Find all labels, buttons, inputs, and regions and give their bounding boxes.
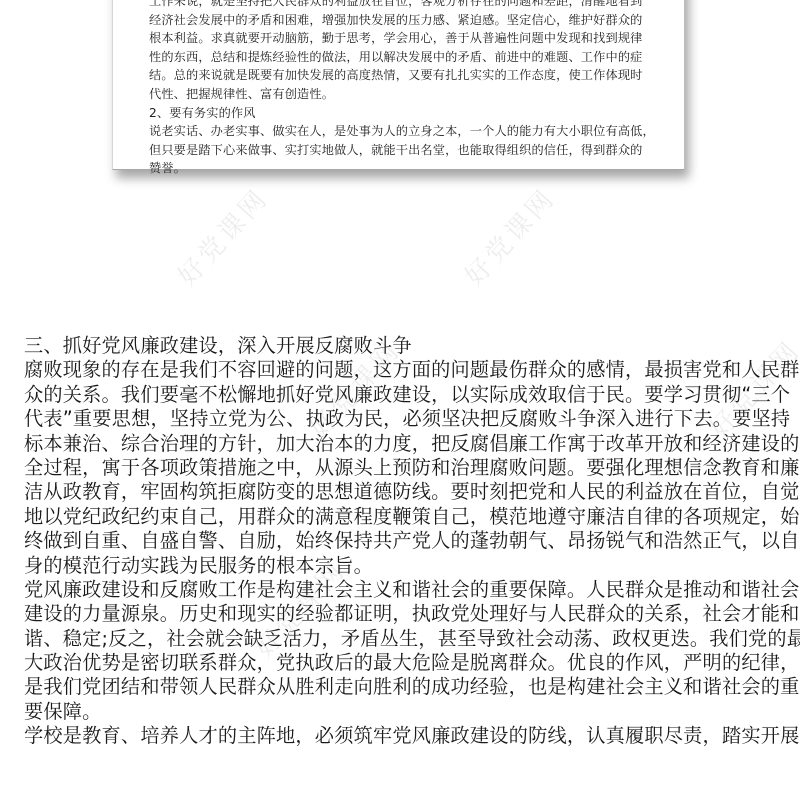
text-line: 身的模范行动实践为民服务的根本宗旨。 (24, 554, 784, 578)
text-line: 大政治优势是密切联系群众，党执政后的最大危险是脱离群众。优良的作风，严明的纪律， (24, 651, 784, 675)
text-line: 工作来说，就是坚持把人民群众的利益放在首位，客观分析存在的问题和差距，清醒地看到 (149, 0, 679, 11)
text-line: 标本兼治、综合治理的方针，加大治本的力度，把反腐倡廉工作寓于改革开放和经济建设的 (24, 432, 784, 456)
document-body: 三、抓好党风廉政建设，深入开展反腐败斗争 腐败现象的存在是我们不容回避的问题，这… (24, 334, 784, 749)
text-line: 代性、把握规律性、富有创造性。 (149, 85, 679, 104)
text-line: 赞誉。 (149, 159, 679, 178)
text-line: 终做到自重、自盛自警、自励，始终保持共产党人的蓬勃朝气、昂扬锐气和浩然正气，以自 (24, 529, 784, 553)
text-line: 根本利益。求真就要开动脑筋，勤于思考，学会用心，善于从普遍性问题中发现和找到规律 (149, 29, 679, 48)
page-preview-text: 工作来说，就是坚持把人民群众的利益放在首位，客观分析存在的问题和差距，清醒地看到… (149, 0, 679, 178)
watermark: 好党课网 (168, 179, 276, 293)
text-line: 众的关系。我们要毫不松懈地抓好党风廉政建设，以实际成效取信于民。要学习贯彻“三个 (24, 383, 784, 407)
text-line: 洁从政教育，牢固构筑拒腐防变的思想道德防线。要时刻把党和人民的利益放在首位，自觉 (24, 480, 784, 504)
document-page-preview: 工作来说，就是坚持把人民群众的利益放在首位，客观分析存在的问题和差距，清醒地看到… (112, 0, 685, 170)
text-line: 但只要是踏下心来做事、实打实地做人，就能干出名堂，也能取得组织的信任，得到群众的 (149, 141, 679, 160)
text-line: 腐败现象的存在是我们不容回避的问题，这方面的问题最伤群众的感情，最损害党和人民群 (24, 358, 784, 382)
text-line: 说老实话、办老实事、做实在人，是处事为人的立身之本，一个人的能力有大小职位有高低… (149, 122, 679, 141)
text-line: 全过程，寓于各项政策措施之中，从源头上预防和治理腐败问题。要强化理想信念教育和廉 (24, 456, 784, 480)
text-line: 是我们党团结和带领人民群众从胜利走向胜利的成功经验，也是构建社会主义和谐社会的重 (24, 675, 784, 699)
subheading: 2、要有务实的作风 (149, 104, 679, 123)
section-heading: 三、抓好党风廉政建设，深入开展反腐败斗争 (24, 334, 784, 358)
text-line: 地以党纪政纪约束自己，用群众的满意程度鞭策自己，模范地遵守廉洁自律的各项规定，始 (24, 505, 784, 529)
watermark: 好党课网 (455, 179, 563, 293)
text-line: 代表”重要思想，坚持立党为公、执政为民，必须坚决把反腐败斗争深入进行下去。要坚持 (24, 407, 784, 431)
text-line: 经济社会发展中的矛盾和困难，增强加快发展的压力感、紧迫感。坚定信心，维护好群众的 (149, 11, 679, 30)
text-line: 谐、稳定;反之，社会就会缺乏活力，矛盾丛生，甚至导致社会动荡、政权更迭。我们党的… (24, 627, 784, 651)
text-line: 结。总的来说就是既要有加快发展的高度热情，又要有扎扎实实的工作态度，使工作体现时 (149, 66, 679, 85)
text-line: 要保障。 (24, 700, 784, 724)
text-line: 建设的力量源泉。历史和现实的经验都证明，执政党处理好与人民群众的关系，社会才能和 (24, 602, 784, 626)
text-line: 学校是教育、培养人才的主阵地，必须筑牢党风廉政建设的防线，认真履职尽责，踏实开展 (24, 724, 784, 748)
text-line: 党风廉政建设和反腐败工作是构建社会主义和谐社会的重要保障。人民群众是推动和谐社会 (24, 578, 784, 602)
text-line: 性的东西，总结和提炼经验性的做法，用以解决发展中的矛盾、前进中的难题、工作中的症 (149, 48, 679, 67)
